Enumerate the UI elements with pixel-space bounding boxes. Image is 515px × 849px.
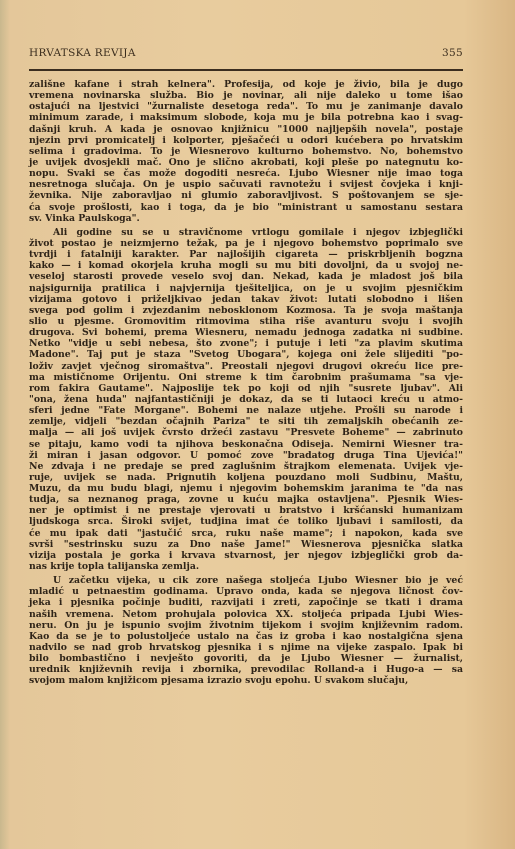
text-line: dašnji kruh. A kada je osnovao knjižnicu… [29, 124, 463, 135]
text-line: svojom malom knjižicom pjesama izrazio s… [29, 675, 463, 686]
text-line: ner je optimist i ne prestaje vjerovati … [29, 505, 463, 516]
running-header: HRVATSKA REVIJA 355 [29, 47, 463, 59]
text-line: rom fakira Gautame". Najposlije tek po k… [29, 383, 463, 394]
text-line: je uvijek dvosjekli mač. Ono je slično a… [29, 157, 463, 168]
text-line: drugova. Svi bohemi, prema Wiesneru, nem… [29, 327, 463, 338]
text-line: svega pod golim i zvjezdanim nebosklonom… [29, 305, 463, 316]
text-line: nas krije topla talijanska zemlja. [29, 561, 463, 572]
text-line: njezin prvi promicatelj i kolporter, pje… [29, 135, 463, 146]
text-line: zališne kafane i strah kelnera". Profesi… [29, 79, 463, 90]
text-line: loživ zavjet vječnog siromaštva". Preost… [29, 361, 463, 372]
text-line: kako — i komad okorjela kruha mogli su m… [29, 260, 463, 271]
text-line: urednik književnih revija i zbornika, pr… [29, 664, 463, 675]
paragraph: U začetku vijeka, u cik zore našega stol… [29, 575, 463, 686]
text-line: ostajući na ljestvici "žurnaliste deseto… [29, 101, 463, 112]
text-line: će mu ipak dati "jastučić srca, ruku naš… [29, 528, 463, 539]
paragraph: Ali godine su se u stravičnome vrtlogu g… [29, 227, 463, 572]
body-text: zališne kafane i strah kelnera". Profesi… [29, 79, 463, 687]
text-line: tvrdji i fatalniji karakter. Par najloši… [29, 249, 463, 260]
text-line: minimum zarade, i maksimum slobode, koja… [29, 112, 463, 123]
text-line: jeka i pjesnika počinje buditi, razvijat… [29, 597, 463, 608]
text-line: naših vremena. Netom prohujala polovica … [29, 609, 463, 620]
text-line: nesretnoga slučaja. On je uspio sačuvati… [29, 179, 463, 190]
text-line: zemlje, vidjeli "bezdan očajnih Pariza" … [29, 416, 463, 427]
text-line: bilo bombastično i nevješto govoriti, da… [29, 653, 463, 664]
text-line: ma mističnome Orijentu. Oni streme k tim… [29, 372, 463, 383]
text-line: svrši "sestrinsku suzu za Dno naše Jame!… [29, 539, 463, 550]
text-line: ljudskoga srca. Široki svijet, tudjina i… [29, 516, 463, 527]
text-line: tudja, sa neznanog praga, zovne u kuću m… [29, 494, 463, 505]
text-line: malja — ali još uvijek čvrsto držeći zas… [29, 427, 463, 438]
text-line: neru. On ju je ispunio svojim životnim t… [29, 620, 463, 631]
text-line: Ali godine su se u stravičnome vrtlogu g… [29, 227, 463, 238]
text-line: U začetku vijeka, u cik zore našega stol… [29, 575, 463, 586]
text-line: najsigurnija pratilica i najvjernija tje… [29, 283, 463, 294]
text-line: vizijama gotovo i priželjkivao jedan tak… [29, 294, 463, 305]
text-line: se pitaju, kamo vodi ta njihova beskonač… [29, 439, 463, 450]
text-line: ća svoje prošlosti, kao i toga, da je bi… [29, 202, 463, 213]
text-line: vizija postala je gorka i krvava stvarno… [29, 550, 463, 561]
text-line: ži miran i jasan odgovor. U pomoć zove "… [29, 450, 463, 461]
text-line: selima i gradovima. To je Wiesnerovo kul… [29, 146, 463, 157]
text-line: nadvilo se nad grob hrvatskog pjesnika i… [29, 642, 463, 653]
text-line: Ne zdvaja i ne predaje se pred zaglušnim… [29, 461, 463, 472]
text-line: Netko "vidje u sebi nebesa, što zvone"; … [29, 338, 463, 349]
text-line: ruje, uvijek se nada. Prignutih koljena … [29, 472, 463, 483]
text-line: mladić u petnaestim godinama. Upravo ond… [29, 586, 463, 597]
journal-title: HRVATSKA REVIJA [29, 47, 136, 59]
text-line: život postao je neizmjerno težak, pa je … [29, 238, 463, 249]
text-line: sv. Vinka Paulskoga". [29, 213, 463, 224]
header-rule [29, 69, 463, 71]
text-line: slio u pjesme. Gromovitim ritmovima stih… [29, 316, 463, 327]
text-line: vremena novinarska služba. Bio je novina… [29, 90, 463, 101]
text-line: Madone". Taj put je staza "Svetog Ubogar… [29, 349, 463, 360]
text-line: "ona, žena huda" najfantastičniji je dok… [29, 394, 463, 405]
text-line: ževnika. Nije zaboravljao ni glumio zabo… [29, 190, 463, 201]
text-line: veseloj starosti provede veselo svoj dan… [29, 271, 463, 282]
text-line: nopu. Svaki se čas može dogoditi nesreća… [29, 168, 463, 179]
paragraph: zališne kafane i strah kelnera". Profesi… [29, 79, 463, 224]
text-line: Muzu, da mu budu blagi, njemu i njegovim… [29, 483, 463, 494]
text-line: Kao da se je to polustoljeće ustalo na č… [29, 631, 463, 642]
text-line: sferi jedne "Fate Morgane". Bohemi ne na… [29, 405, 463, 416]
page-number: 355 [442, 47, 463, 59]
